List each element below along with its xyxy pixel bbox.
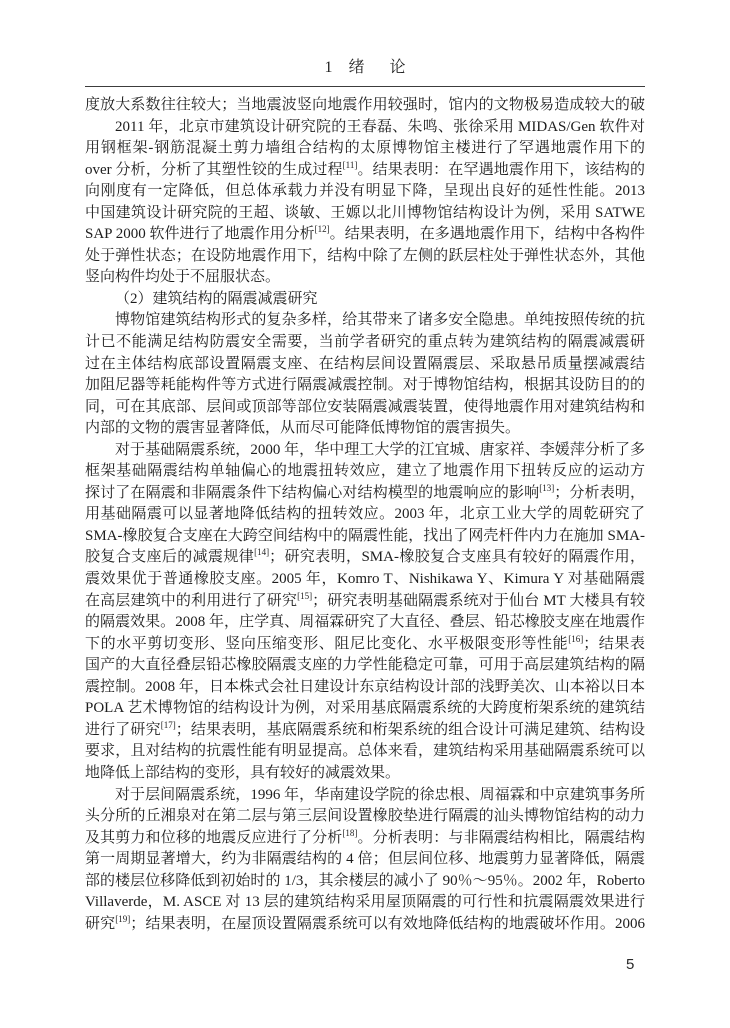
citation-ref: [12] xyxy=(315,224,330,234)
text-line: 震控制。2008 年，日本株式会社日建设计东京结构设计部的浅野美次、山本裕以日本 xyxy=(85,677,645,699)
chapter-title-first: 绪 xyxy=(348,59,365,76)
text-line: 度放大系数往往较大；当地震波竖向地震作用较强时，馆内的文物极易造成较大的破坏。 xyxy=(85,95,645,117)
citation-ref: [15] xyxy=(297,591,312,601)
text-line: over 分析，分析了其塑性铰的生成过程[11]。结果表明：在罕遇地震作用下，该… xyxy=(85,160,645,182)
citation-ref: [18] xyxy=(342,828,357,838)
text-line: 同，可在其底部、层间或顶部等部位安装隔震减震装置，使得地震作用对建筑结构和结构 xyxy=(85,397,645,419)
text-line: 在高层建筑中的利用进行了研究[15]；研究表明基础隔震系统对于仙台 MT 大楼具… xyxy=(85,591,645,613)
text-line: 对于层间隔震系统，1996 年，华南建设学院的徐忠根、周福霖和中京建筑事务所汕 xyxy=(85,785,645,807)
text-line: POLA 艺术博物馆的结构设计为例，对采用基底隔震系统的大跨度桁架系统的建筑结构 xyxy=(85,698,645,720)
text-line: 博物馆建筑结构形式的复杂多样，给其带来了诸多安全隐患。单纯按照传统的抗震设 xyxy=(85,310,645,332)
text-line: 部的楼层位移降低到初始时的 1/3，其余楼层的减小了 90％～95％。2002 … xyxy=(85,871,645,893)
citation-ref: [14] xyxy=(254,547,269,557)
text-line: Villaverde，M. ASCE 对 13 层的建筑结构采用屋顶隔震的可行性… xyxy=(85,892,645,914)
text-line: 用钢框架-钢筋混凝土剪力墙组合结构的太原博物馆主楼进行了罕遇地震作用下的 Pus… xyxy=(85,138,645,160)
text-line: 探讨了在隔震和非隔震条件下结构偏心对结构模型的地震响应的影响[13]；分析表明，… xyxy=(85,483,645,505)
chapter-number: 1 xyxy=(324,59,332,76)
page-number: 5 xyxy=(626,956,634,973)
text-line: 框架基础隔震结构单轴偏心的地震扭转效应，建立了地震作用下扭转反应的运动方程；并 xyxy=(85,461,645,483)
text-line: 及其剪力和位移的地震反应进行了分析[18]。分析表明：与非隔震结构相比，隔震结构… xyxy=(85,828,645,850)
text-line: 加阻尼器等耗能构件等方式进行隔震减震控制。对于博物馆结构，根据其设防目的的不 xyxy=(85,375,645,397)
text-line: 下的水平剪切变形、竖向压缩变形、阻尼比变化、水平极限变形等性能[16]；结果表明… xyxy=(85,634,645,656)
text-line: 国产的大直径叠层铅芯橡胶隔震支座的力学性能稳定可靠，可用于高层建筑结构的隔震减 xyxy=(85,655,645,677)
text-line: 用基础隔震可以显著地降低结构的扭转效应。2003 年，北京工业大学的周乾研究了 xyxy=(85,504,645,526)
citation-ref: [13] xyxy=(539,483,554,493)
text-line: 的隔震效果。2008 年，庄学真、周福霖研究了大直径、叠层、铅芯橡胶支座在地震作… xyxy=(85,612,645,634)
text-line: SAP 2000 软件进行了地震作用分析[12]。结果表明，在多遇地震作用下，结… xyxy=(85,224,645,246)
text-line: 要求，且对结构的抗震性能有明显提高。总体来看，建筑结构采用基础隔震系统可以明显 xyxy=(85,741,645,763)
text-line: 胶复合支座后的减震规律[14]；研究表明，SMA-橡胶复合支座具有较好的隔震作用… xyxy=(85,547,645,569)
text-line: 进行了研究[17]；结果表明，基底隔震系统和桁架系统的组合设计可满足建筑、结构设… xyxy=(85,720,645,742)
text-line: SMA-橡胶复合支座在大跨空间结构中的隔震性能，找出了网壳杆件内力在施加 SMA… xyxy=(85,526,645,548)
text-line: 过在主体结构底部设置隔震支座、在结构层间设置隔震层、采取悬吊质量摆减震结构、添 xyxy=(85,354,645,376)
citation-ref: [16] xyxy=(568,634,583,644)
text-line: 计已不能满足结构防震安全需要，当前学者研究的重点转为建筑结构的隔震减震研究，通 xyxy=(85,332,645,354)
text-line: 地降低上部结构的变形，具有较好的减震效果。 xyxy=(85,763,645,785)
document-page: 1绪论 度放大系数往往较大；当地震波竖向地震作用较强时，馆内的文物极易造成较大的… xyxy=(0,0,730,1028)
chapter-header: 1绪论 xyxy=(85,54,645,77)
text-line: 第一周期显著增大，约为非隔震结构的 4 倍；但层间位移、地震剪力显著降低，隔震层… xyxy=(85,849,645,871)
citation-ref: [19] xyxy=(115,914,130,924)
text-line: 内部的文物的震害显著降低，从而尽可能降低博物馆的震害损失。 xyxy=(85,418,645,440)
text-line: 头分所的丘湘泉对在第二层与第三层间设置橡胶垫进行隔震的汕头博物馆结构的动力特性 xyxy=(85,806,645,828)
text-line: （2）建筑结构的隔震减震研究 xyxy=(85,289,645,311)
text-line: 研究[19]；结果表明，在屋顶设置隔震系统可以有效地降低结构的地震破坏作用。20… xyxy=(85,914,645,936)
text-line: 处于弹性状态；在设防地震作用下，结构中除了左侧的跃层柱处于弹性状态外，其他主要 xyxy=(85,246,645,268)
citation-ref: [11] xyxy=(343,160,358,170)
citation-ref: [17] xyxy=(161,720,176,730)
chapter-title-second: 论 xyxy=(390,59,406,76)
text-line: 对于基础隔震系统，2000 年，华中理工大学的江宜城、唐家祥、李媛萍分析了多层 xyxy=(85,440,645,462)
body-text: 度放大系数往往较大；当地震波竖向地震作用较强时，馆内的文物极易造成较大的破坏。2… xyxy=(85,95,645,935)
text-line: 竖向构件均处于不屈服状态。 xyxy=(85,267,645,289)
text-line: 震效果优于普通橡胶支座。2005 年，Komro T、Nishikawa Y、K… xyxy=(85,569,645,591)
text-line: 中国建筑设计研究院的王超、谈敏、王嫄以北川博物馆结构设计为例，采用 SATWE … xyxy=(85,203,645,225)
text-line: 向刚度有一定降低，但总体承载力并没有明显下降，呈现出良好的延性性能。2013 年… xyxy=(85,181,645,203)
text-line: 2011 年，北京市建筑设计研究院的王春磊、朱鸣、张徐采用 MIDAS/Gen … xyxy=(85,117,645,139)
header-rule xyxy=(85,86,645,87)
